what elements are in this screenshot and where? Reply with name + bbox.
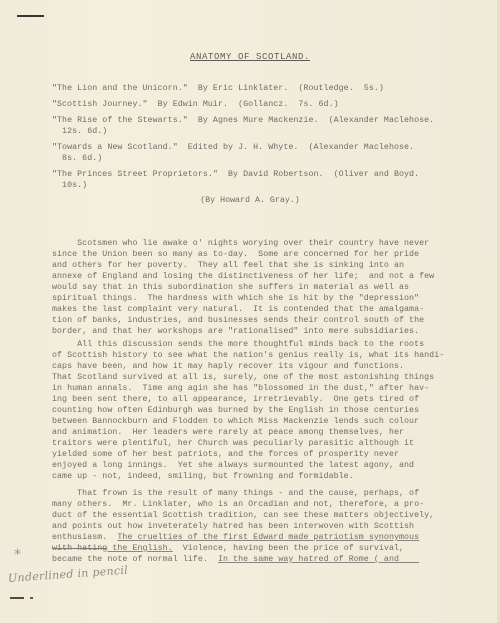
paragraph-line: ing been sent there, to all appearance, …: [52, 394, 419, 405]
paragraph-line: That Scotland survived at all is, surely…: [52, 372, 434, 383]
paragraph-line: counting how often Edinburgh was burned …: [52, 405, 419, 416]
paragraph-line: duct of the essential Scottish tradition…: [52, 510, 434, 521]
book-entry-3-cont: 12s. 6d.): [52, 126, 107, 137]
document-title: ANATOMY OF SCOTLAND.: [0, 52, 500, 62]
book-entry-1: "The Lion and the Unicorn." By Eric Link…: [52, 83, 384, 94]
pencil-underlined-text: In the same way hatred of Rome ( and: [218, 555, 419, 564]
paragraph-line: That frown is the result of many things …: [52, 488, 419, 499]
paragraph-line: caps have been, and how it may haply rec…: [52, 361, 404, 372]
paragraph-line: between Bannockburn and Flodden to which…: [52, 416, 419, 427]
text-span: became the note of normal life.: [52, 555, 218, 564]
paragraph-line: would say that in this subordination she…: [52, 282, 409, 293]
paragraph-line: in human annals. Time ang agin she has "…: [52, 383, 429, 394]
book-entry-2: "Scottish Journey." By Edwin Muir. (Goll…: [52, 99, 339, 110]
paragraph-line: since the Union been so many as to-day. …: [52, 249, 419, 260]
paragraph-line: All this discussion sends the more thoug…: [52, 339, 424, 350]
book-entry-5: "The Princes Street Proprietors." By Dav…: [52, 169, 419, 180]
paragraph-line: enjoyed a long innings. Yet she always s…: [52, 460, 414, 471]
text-span: enthusiasm.: [52, 533, 117, 542]
paragraph-line: traitors were plentiful, her Church was …: [52, 438, 414, 449]
paragraph-line: and animation. Her leaders were rarely a…: [52, 427, 404, 438]
book-entry-4-cont: 8s. 6d.): [52, 153, 102, 164]
book-entry-4: "Towards a New Scotland." Edited by J. H…: [52, 142, 414, 153]
book-entry-3: "The Rise of the Stewarts." By Agnes Mur…: [52, 115, 434, 126]
handwritten-pencil-note: Underlined in pencil: [8, 564, 129, 585]
document-page: ANATOMY OF SCOTLAND. "The Lion and the U…: [0, 0, 500, 623]
text-span: Violence, having been the price of survi…: [173, 544, 404, 553]
paragraph-line: and others for her poverty. They all fee…: [52, 260, 404, 271]
paragraph-line: enthusiasm. The cruelties of the first E…: [52, 532, 419, 543]
paragraph-line: spiritual things. The hardness with whic…: [52, 293, 419, 304]
pencil-underlined-text: the English.: [107, 544, 172, 553]
paragraph-line: makes the last complaint very natural. I…: [52, 304, 424, 315]
paragraph-line: tion of banks, industries, and businesse…: [52, 315, 424, 326]
paragraph-line: with hating the English. Violence, havin…: [52, 543, 404, 554]
paragraph-line: Scotsmen who lie awake o' nights worying…: [52, 238, 429, 249]
struck-through-text: with hating: [52, 544, 107, 553]
paragraph-line: became the note of normal life. In the s…: [52, 554, 419, 565]
book-entry-5-cont: 10s.): [52, 180, 87, 191]
ink-mark-top: [17, 15, 44, 17]
paragraph-line: yielded some of her best patriots, and t…: [52, 449, 399, 460]
author-byline: (By Howard A. Gray.): [0, 196, 500, 205]
ink-mark-bottom: [10, 597, 24, 599]
paragraph-line: and points out how inveterately hatred h…: [52, 521, 414, 532]
paragraph-line: border, and that her workshops are "rati…: [52, 326, 419, 337]
paragraph-line: annexe of England and losing the distinc…: [52, 271, 434, 282]
paragraph-line: of Scottish history to see what the nati…: [52, 350, 444, 361]
paragraph-line: came up - not, indeed, smiling, but frow…: [52, 471, 354, 482]
asterisk-margin-mark: *: [14, 547, 21, 563]
pencil-underlined-text: The cruelties of the first Edward made p…: [117, 533, 419, 542]
paragraph-line: many others. Mr. Linklater, who is an Or…: [52, 499, 424, 510]
